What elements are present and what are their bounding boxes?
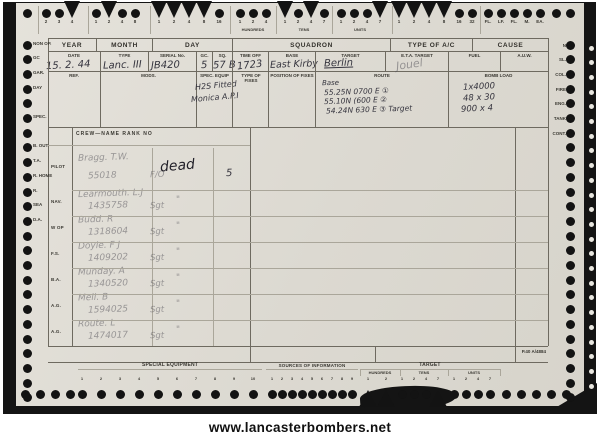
- punch-hole: [566, 173, 575, 182]
- punch-hole: [566, 349, 575, 358]
- crew-row: F.S.Doyle. F J1409202Sgt": [48, 242, 548, 268]
- punch-hole: [566, 85, 575, 94]
- field-fuel: FUEL: [448, 52, 500, 71]
- crew-number: 1435758: [88, 200, 128, 211]
- punch-hole: [23, 261, 32, 270]
- header-month: MONTH: [96, 39, 152, 51]
- crew-header: CREW—NAME RANK NO: [76, 132, 153, 138]
- punch-hole: [462, 390, 471, 399]
- punch-hole: [236, 9, 245, 18]
- punch-notch: [421, 1, 437, 18]
- rail-label: SPEC.: [33, 115, 57, 120]
- punch-label: 2: [93, 376, 109, 381]
- crew-name: Bragg. T.W.: [78, 152, 129, 164]
- scan-edge-dot: [589, 266, 594, 271]
- crew-number: 1318604: [88, 226, 128, 237]
- punch-hole: [42, 9, 51, 18]
- punch-hole: [23, 349, 32, 358]
- rail-label: GAR.: [33, 71, 57, 76]
- punch-hole: [474, 390, 483, 399]
- crew-note-ditto: ": [176, 299, 180, 309]
- strip-divider-2: [375, 346, 376, 362]
- fuel-label: FUEL: [449, 53, 500, 58]
- punch-notch: [377, 390, 395, 407]
- scan-edge-dot: [589, 134, 594, 139]
- punch-label: 1: [151, 19, 167, 24]
- type-value: Lanc. III: [103, 59, 142, 71]
- punch-hole: [131, 9, 140, 18]
- header-day: DAY: [152, 39, 232, 51]
- punch-hole: [66, 390, 75, 399]
- punch-hole: [173, 390, 182, 399]
- punch-hole: [497, 9, 506, 18]
- crew-row-line: [72, 190, 548, 191]
- rail-label: CONT.: [540, 131, 566, 136]
- bomb-load-label: BOMB LOAD: [449, 73, 548, 78]
- field-bomb-load: BOMB LOAD 1x4000 48 x 30 900 x 4: [448, 72, 548, 127]
- time-off-label: TIME OFF: [233, 53, 268, 58]
- punch-hole: [566, 202, 575, 211]
- punch-hole: [566, 143, 575, 152]
- crew-note-ditto: ": [176, 273, 180, 283]
- crew-row: A.G.Route. L1474017Sgt": [48, 320, 548, 346]
- se-zone-line: [78, 369, 262, 370]
- punch-hole: [23, 158, 32, 167]
- target-tick-4: [500, 369, 501, 376]
- punch-notch: [181, 1, 197, 18]
- punch-hole: [55, 9, 64, 18]
- punch-hole: [92, 9, 101, 18]
- punch-label: 7: [188, 376, 204, 381]
- punch-hole: [552, 9, 561, 18]
- crew-rank: Sgt: [150, 305, 164, 315]
- punch-hole: [566, 290, 575, 299]
- type-of-fixes-label: TYPE OF FIXES: [233, 73, 269, 83]
- crew-rank: Sgt: [150, 227, 164, 237]
- punch-hole: [566, 55, 575, 64]
- scan-edge-dot: [589, 119, 594, 124]
- punch-hole: [410, 390, 419, 399]
- scan-edge-dot: [589, 193, 594, 198]
- scan-edge-dot: [589, 222, 594, 227]
- punch-notch: [151, 1, 167, 18]
- punch-hole: [294, 9, 303, 18]
- field-route: ROUTE Base 55.25N 0700 E ① 55.10N (600 E…: [315, 72, 448, 127]
- punch-hole: [23, 114, 32, 123]
- punch-notch: [429, 390, 447, 407]
- scan-edge-dot: [589, 354, 594, 359]
- rail-label: NON OP.: [33, 42, 57, 47]
- punch-notch: [277, 1, 293, 18]
- punch-label: 2: [378, 376, 394, 381]
- crew-header-underline: [48, 145, 250, 146]
- punch-label: 4: [64, 19, 80, 24]
- gc-value: 5: [201, 60, 208, 71]
- scan-edge-dot: [589, 46, 594, 51]
- punch-hole: [249, 390, 258, 399]
- punch-label: 8: [436, 19, 452, 24]
- punch-hole: [320, 9, 329, 18]
- punch-hole: [486, 390, 495, 399]
- time-off-value: 1723: [236, 58, 263, 72]
- crew-note-dead: dead: [159, 157, 195, 176]
- punch-hole: [278, 390, 287, 399]
- punch-hole: [23, 173, 32, 182]
- punch-hole: [23, 55, 32, 64]
- punch-label: EA.: [532, 19, 548, 24]
- crew-note-ditto: ": [176, 221, 180, 231]
- punch-hole: [566, 114, 575, 123]
- punch-hole: [517, 390, 526, 399]
- punch-hole: [288, 390, 297, 399]
- punch-hole: [230, 390, 239, 399]
- bomb-load-line1: 1x4000: [463, 81, 496, 93]
- punch-group-label: TENS: [279, 27, 329, 32]
- form-ref: P.40 A/4884: [488, 349, 546, 354]
- punch-hole: [566, 364, 575, 373]
- punch-label: 10: [245, 376, 261, 381]
- scan-edge-dot: [589, 340, 594, 345]
- eta-target-value: Jouel: [395, 56, 423, 73]
- punch-hole: [298, 390, 307, 399]
- punch-hole: [532, 390, 541, 399]
- rail-label: COL.: [540, 72, 566, 77]
- rail-label: FIRE: [540, 87, 566, 92]
- field-base: BASE East Kirby: [268, 52, 315, 71]
- rail-label: ENG.: [540, 101, 566, 106]
- crew-row: A.G.Mell. B1594025Sgt": [48, 294, 548, 320]
- punch-hole: [566, 276, 575, 285]
- header-row: YEAR MONTH DAY SQUADRON TYPE OF A/C CAUS…: [48, 38, 548, 52]
- header-cause: CAUSE: [472, 39, 548, 51]
- punch-label: 3: [112, 376, 128, 381]
- equipment-route-row: REF. MODS. SPEC. EQUIP H2S Fitted Monica…: [48, 72, 548, 128]
- type-label: TYPE: [101, 53, 148, 58]
- punch-hole: [398, 390, 407, 399]
- punch-group-label: UNITS: [335, 27, 385, 32]
- punch-hole: [566, 9, 575, 18]
- punch-label: 7: [372, 19, 388, 24]
- punch-hole: [116, 390, 125, 399]
- punch-hole: [566, 232, 575, 241]
- punch-hole: [118, 9, 127, 18]
- soi-zone-line: [266, 369, 358, 370]
- punch-hole: [23, 129, 32, 138]
- punch-label: 4: [258, 19, 274, 24]
- punch-hole: [502, 390, 511, 399]
- punch-hole: [566, 41, 575, 50]
- punch-group-label: HUNDREDS: [228, 27, 278, 32]
- crew-number: 1594025: [88, 304, 128, 315]
- rail-label: N: [540, 43, 566, 48]
- scan-edge-dot: [589, 207, 594, 212]
- field-mods: MODS.: [100, 72, 196, 127]
- punch-hole: [23, 290, 32, 299]
- crew-bottom-border: [48, 346, 548, 347]
- punch-hole: [348, 390, 357, 399]
- field-serial: SERIAL No. JB420: [148, 52, 196, 71]
- punch-notch: [196, 1, 212, 18]
- punch-hole: [566, 246, 575, 255]
- target-units-label: UNITS: [448, 370, 500, 375]
- crew-note-ditto: ": [176, 247, 180, 257]
- header-type: TYPE OF A/C: [390, 39, 472, 51]
- crew-row-line: [72, 294, 548, 295]
- punch-hole: [328, 390, 337, 399]
- scan-edge-dot: [589, 163, 594, 168]
- sq-label: SQ.: [213, 53, 232, 58]
- punch-notch: [436, 1, 452, 18]
- punch-label: 8: [127, 19, 143, 24]
- punch-hole: [23, 188, 32, 197]
- punch-hole: [211, 390, 220, 399]
- scan-edge-dot: [589, 369, 594, 374]
- target-footer-label: TARGET: [360, 363, 500, 369]
- punch-hole: [566, 99, 575, 108]
- scan-edge-dot: [589, 310, 594, 315]
- punch-hole: [23, 393, 32, 402]
- crew-number: 1340520: [88, 278, 128, 289]
- punch-hole: [23, 305, 32, 314]
- crew-rank: Sgt: [150, 201, 164, 211]
- field-sq: SQ. 57 B: [212, 52, 232, 71]
- punch-hole: [23, 379, 32, 388]
- punch-hole: [268, 390, 277, 399]
- strip-divider-1: [250, 346, 251, 362]
- field-date: DATE 15. 2. 44: [48, 52, 100, 71]
- punch-hole: [23, 143, 32, 152]
- spec-equip-line1: H2S Fitted: [195, 79, 237, 92]
- crew-rank: Sgt: [150, 331, 164, 341]
- crew-row: B.A.Munday. A1340520Sgt": [48, 268, 548, 294]
- punch-label: 8: [207, 376, 223, 381]
- punch-hole: [510, 9, 519, 18]
- scan-edge-dot: [589, 251, 594, 256]
- punch-hole: [523, 9, 532, 18]
- bomb-load-line2: 48 x 30: [463, 92, 496, 104]
- punch-label: 4: [181, 19, 197, 24]
- punch-label: 5: [150, 376, 166, 381]
- punch-hole: [249, 9, 258, 18]
- punch-hole: [450, 390, 459, 399]
- sources-of-information-label: SOURCES OF INFORMATION: [266, 363, 358, 368]
- screenshot: YEAR MONTH DAY SQUADRON TYPE OF A/C CAUS…: [0, 0, 600, 440]
- punch-notch: [372, 1, 388, 18]
- punch-label: 4: [131, 376, 147, 381]
- punch-hole: [23, 99, 32, 108]
- punch-hole: [192, 390, 201, 399]
- crew-row-line: [72, 268, 548, 269]
- punch-hole: [23, 41, 32, 50]
- scan-edge-dot: [589, 75, 594, 80]
- scan-edge-dot: [589, 60, 594, 65]
- punch-hole: [23, 276, 32, 285]
- punch-hole: [566, 70, 575, 79]
- route-line1: Base: [322, 79, 339, 88]
- base-label: BASE: [269, 53, 315, 58]
- rail-label: GC: [33, 56, 57, 61]
- punch-hole: [23, 320, 32, 329]
- punch-notch: [406, 1, 422, 18]
- scan-edge-dot: [589, 237, 594, 242]
- punch-hole: [350, 9, 359, 18]
- target-hundreds-label: HUNDREDS: [360, 370, 400, 375]
- punch-hole: [566, 305, 575, 314]
- punch-hole: [363, 9, 372, 18]
- punch-hole: [566, 261, 575, 270]
- route-label: ROUTE: [316, 73, 448, 78]
- punch-hole: [51, 390, 60, 399]
- table-right-border: [548, 38, 549, 346]
- punch-notch: [391, 1, 407, 18]
- punch-hole: [23, 85, 32, 94]
- punch-label: 32: [464, 19, 480, 24]
- spec-equip-label: SPEC. EQUIP: [197, 73, 232, 78]
- punch-label: 7: [482, 376, 498, 381]
- punch-label: 9: [226, 376, 242, 381]
- url-bar: www.lancasterbombers.net: [0, 414, 600, 440]
- field-type: TYPE Lanc. III: [100, 52, 148, 71]
- crew-rank: Sgt: [150, 253, 164, 263]
- punch-notch: [359, 390, 377, 407]
- scan-edge-dot: [589, 384, 594, 389]
- punch-label: 6: [169, 376, 185, 381]
- rail-label: TANK: [540, 116, 566, 121]
- flight-details-row: DATE 15. 2. 44 TYPE Lanc. III SERIAL No.…: [48, 52, 548, 72]
- rail-label: DAY: [33, 86, 57, 91]
- scan-edge-dot: [589, 281, 594, 286]
- crew-role: PILOT: [51, 164, 65, 169]
- punch-hole: [135, 390, 144, 399]
- crew-role: W OP: [51, 225, 64, 230]
- crew-number: 1409202: [88, 252, 128, 263]
- position-of-fixes-label: POSITION OF FIXES: [269, 73, 315, 78]
- punch-hole: [566, 129, 575, 138]
- scan-edge-dot: [589, 90, 594, 95]
- punch-hole: [338, 390, 347, 399]
- header-squadron: SQUADRON: [232, 39, 390, 51]
- punch-hole: [566, 217, 575, 226]
- crew-role: F.S.: [51, 251, 60, 256]
- punch-hole: [23, 70, 32, 79]
- crew-row-line: [72, 320, 548, 321]
- punch-hole: [566, 320, 575, 329]
- punch-hole: [484, 9, 493, 18]
- special-equipment-label: SPECIAL EQUIPMENT: [78, 363, 262, 369]
- punch-hole: [23, 217, 32, 226]
- punch-hole: [318, 390, 327, 399]
- punch-hole: [455, 9, 464, 18]
- crew-number: 55018: [88, 171, 117, 182]
- crew-row-line: [72, 242, 548, 243]
- crew-note-ditto: ": [176, 325, 180, 335]
- field-position-of-fixes: POSITION OF FIXES: [268, 72, 315, 127]
- punch-notch: [64, 1, 80, 18]
- punch-hole: [23, 232, 32, 241]
- punch-label: 9: [344, 376, 360, 381]
- punch-label: 1: [74, 376, 90, 381]
- punch-hole: [78, 390, 87, 399]
- punch-notch: [166, 1, 182, 18]
- bomb-load-line3: 900 x 4: [461, 103, 494, 115]
- punch-label: 4: [421, 19, 437, 24]
- crew-role: A.G.: [51, 303, 61, 308]
- punch-notch: [303, 1, 319, 18]
- scan-edge-dot: [589, 178, 594, 183]
- scan-edge-dot: [589, 148, 594, 153]
- crew-role: NAV.: [51, 199, 62, 204]
- field-eta-target: E.T.A. TARGET Jouel: [385, 52, 448, 71]
- punch-hole: [308, 390, 317, 399]
- punch-hole: [215, 9, 224, 18]
- punch-label: 8: [196, 19, 212, 24]
- punch-hole: [566, 379, 575, 388]
- punch-hole: [566, 335, 575, 344]
- field-gc: GC. 5: [196, 52, 212, 71]
- field-type-of-fixes: TYPE OF FIXES: [232, 72, 268, 127]
- punch-hole: [566, 188, 575, 197]
- crew-number: 1474017: [88, 330, 128, 341]
- punch-hole: [23, 202, 32, 211]
- punch-label: 2: [406, 19, 422, 24]
- crew-role: B.A.: [51, 277, 61, 282]
- crew-role: A.G.: [51, 329, 61, 334]
- base-value: East Kirby: [270, 58, 318, 71]
- rail-label: SL.: [540, 57, 566, 62]
- punch-hole: [36, 390, 45, 399]
- punch-hole: [262, 9, 271, 18]
- scan-edge-dot: [589, 104, 594, 109]
- punch-label: 1: [360, 376, 376, 381]
- punch-hole: [97, 390, 106, 399]
- crew-note-ditto: ": [176, 195, 180, 205]
- crew-row: NAV.Learmouth. L.J1435758Sgt": [48, 190, 548, 216]
- punch-hole: [23, 9, 32, 18]
- punch-hole: [23, 364, 32, 373]
- punch-label: 1: [391, 19, 407, 24]
- crew-row: PILOTBragg. T.W.55018F/Odead5: [48, 148, 548, 190]
- punch-hole: [536, 9, 545, 18]
- scan-edge-dot: [589, 325, 594, 330]
- punch-label: 2: [166, 19, 182, 24]
- punch-notch: [101, 1, 117, 18]
- scan-edge-dot: [589, 295, 594, 300]
- mods-label: MODS.: [101, 73, 196, 78]
- field-spec-equip: SPEC. EQUIP H2S Fitted Monica A.P.I: [196, 72, 232, 127]
- punch-hole: [566, 393, 575, 402]
- target-tens-label: TENS: [400, 370, 448, 375]
- punch-hole: [23, 246, 32, 255]
- serial-value: JB420: [151, 59, 180, 71]
- crew-rank: Sgt: [150, 279, 164, 289]
- field-target: TARGET Berlin: [315, 52, 385, 71]
- url-text: www.lancasterbombers.net: [209, 420, 391, 435]
- punch-label: 7: [316, 19, 332, 24]
- punch-hole: [547, 390, 556, 399]
- field-time-off: TIME OFF 1723: [232, 52, 268, 71]
- crew-row: W OPBudd. R1318604Sgt": [48, 216, 548, 242]
- punch-label: 16: [211, 19, 227, 24]
- punch-hole: [23, 335, 32, 344]
- crew-extra: 5: [226, 168, 233, 179]
- punch-hole: [337, 9, 346, 18]
- route-line4: 54.24N 630 E ③ Target: [326, 103, 412, 115]
- punch-label: 7: [430, 376, 446, 381]
- punch-hole: [566, 158, 575, 167]
- target-value: Berlin: [324, 57, 353, 69]
- gc-label: GC.: [197, 53, 212, 58]
- punch-hole: [468, 9, 477, 18]
